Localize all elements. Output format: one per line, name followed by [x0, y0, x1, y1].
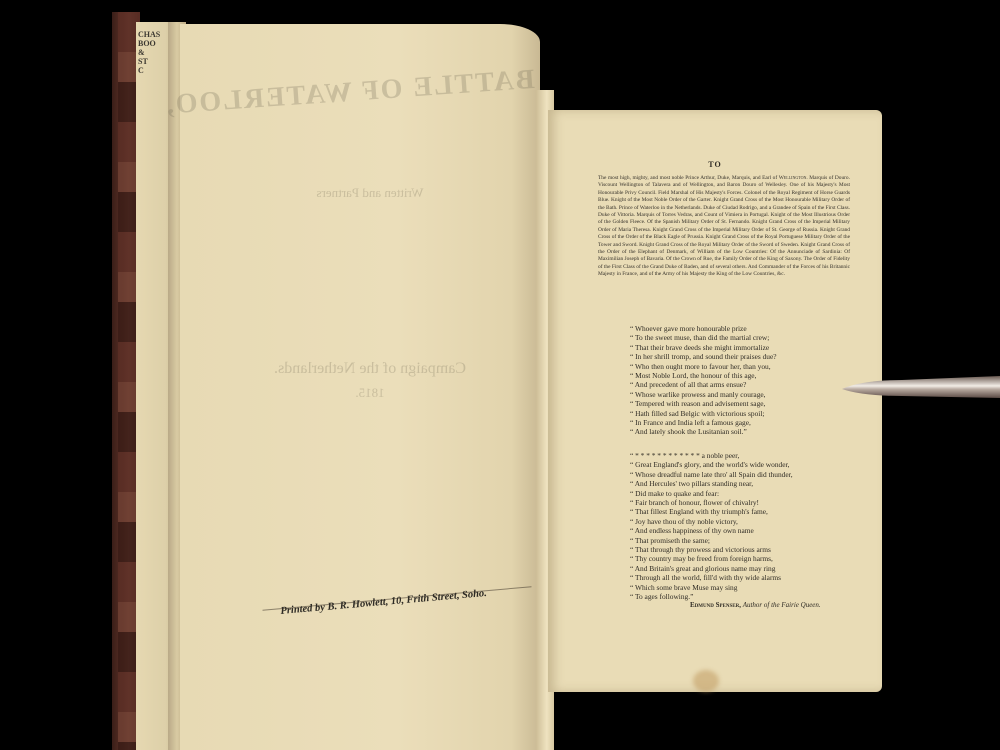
poem-line: “ And Hercules' two pillars standing nea…: [630, 479, 860, 488]
poem-line: “ That promiseth the same;: [630, 536, 860, 545]
poem-line: “ Joy have thou of thy noble victory,: [630, 517, 860, 526]
poem-line: “ Who then ought more to favour her, tha…: [630, 362, 860, 371]
bleed-through-line: 1815.: [220, 385, 520, 401]
dedication-text: The most high, mighty, and most noble Pr…: [598, 175, 850, 279]
poem-line: “ Through all the world, fill'd with thy…: [630, 573, 860, 582]
poem-attribution: Edmund Spenser, Author of the Fairie Que…: [690, 601, 870, 609]
poem-line: “ In France and India left a famous gage…: [630, 418, 860, 427]
dedication-intro: The most high, mighty, and most noble Pr…: [598, 175, 777, 181]
poem-line: “ * * * * * * * * * * * * a noble peer,: [630, 451, 860, 460]
poem-stanza-1: “ Whoever gave more honourable prize “ T…: [630, 324, 860, 437]
poem-line: “ Whose dreadful name late thro' all Spa…: [630, 470, 860, 479]
bookseller-stamp: CHAS BOO & ST C: [138, 30, 178, 80]
poem-line: “ Great England's glory, and the world's…: [630, 460, 860, 469]
bleed-through-line: Written and Partners: [220, 185, 520, 201]
poem-line: “ In her shrill tromp, and sound their p…: [630, 352, 860, 361]
foxing-stain: [693, 670, 719, 692]
stamp-line: C: [138, 66, 178, 75]
poem-line: “ And precedent of all that arms ensue?: [630, 380, 860, 389]
stamp-line: ST: [138, 57, 178, 66]
dedication-body: Marquis of Douro. Viscount Wellington of…: [598, 175, 850, 277]
poem-line: “ Whoever gave more honourable prize: [630, 324, 860, 333]
poem-line: “ And Britain's great and glorious name …: [630, 564, 860, 573]
poem-line: “ Hath filled sad Belgic with victorious…: [630, 409, 860, 418]
poem-line: “ Which some brave Muse may sing: [630, 583, 860, 592]
bookmark-knife-icon: [842, 376, 1000, 400]
poem-line: “ And endless happiness of thy own name: [630, 526, 860, 535]
poem-line: “ To the sweet muse, than did the martia…: [630, 333, 860, 342]
author-name: Edmund Spenser,: [690, 601, 741, 609]
poem-line: “ Most Noble Lord, the honour of this ag…: [630, 371, 860, 380]
poem-line: “ And lately shook the Lusitanian soil.”: [630, 427, 860, 436]
poem-line: “ Tempered with reason and advisement sa…: [630, 399, 860, 408]
stamp-line: CHAS: [138, 30, 178, 39]
poem-line: “ Whose warlike prowess and manly courag…: [630, 390, 860, 399]
poem-line: “ Fair branch of honour, flower of chiva…: [630, 498, 860, 507]
stamp-line: BOO: [138, 39, 178, 48]
dedication-name: Wellington.: [779, 175, 808, 181]
poem-line: “ That through thy prowess and victoriou…: [630, 545, 860, 554]
poem-line: “ Did make to quake and fear:: [630, 489, 860, 498]
author-work: Author of the Fairie Queen.: [743, 601, 821, 609]
poem-line: “ That their brave deeds she might immor…: [630, 343, 860, 352]
poem-line: “ Thy country may be freed from foreign …: [630, 554, 860, 563]
poem-stanza-2: “ * * * * * * * * * * * * a noble peer, …: [630, 451, 860, 602]
dedication-heading: TO: [548, 160, 882, 169]
bleed-through-line: Campaign of the Netherlands.: [220, 360, 520, 378]
poem-line: “ That fillest England with thy triumph'…: [630, 507, 860, 516]
stamp-line: &: [138, 48, 178, 57]
